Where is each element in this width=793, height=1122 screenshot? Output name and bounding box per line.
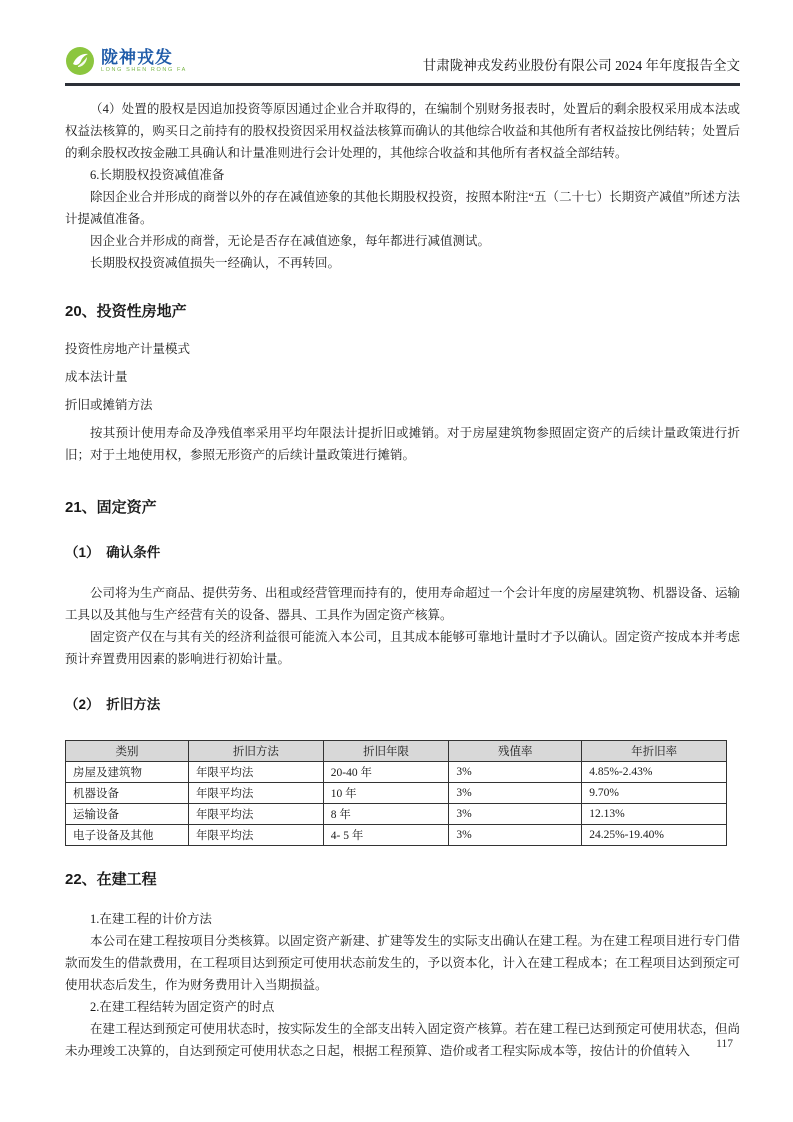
document-body: （4）处置的股权是因追加投资等原因通过企业合并取得的，在编制个别财务报表时，处置… [65,98,740,1062]
section-21-paragraph-2: 固定资产仅在与其有关的经济利益很可能流入本公司，且其成本能够可靠地计量时才予以确… [65,626,740,670]
table-cell: 4.85%-2.43% [582,762,727,783]
table-row: 运输设备 年限平均法 8 年 3% 12.13% [66,804,727,825]
table-cell: 3% [449,783,582,804]
table-header-row: 类别 折旧方法 折旧年限 残值率 年折旧率 [66,741,727,762]
section-22-item1-title: 1.在建工程的计价方法 [65,908,740,930]
section-20-heading: 20、投资性房地产 [65,302,740,322]
section-21-paragraph-1: 公司将为生产商品、提供劳务、出租或经营管理而持有的，使用寿命超过一个会计年度的房… [65,582,740,626]
section-21-sub2-heading: （2） 折旧方法 [65,696,740,714]
section-21-heading: 21、固定资产 [65,498,740,518]
table-cell: 9.70% [582,783,727,804]
table-header-cell: 折旧年限 [323,741,449,762]
table-cell: 3% [449,825,582,846]
section-20-line-3: 折旧或摊销方法 [65,394,740,416]
table-header-cell: 类别 [66,741,189,762]
table-header-cell: 残值率 [449,741,582,762]
logo-bird-icon [65,46,95,76]
section-21-sub1-heading: （1） 确认条件 [65,544,740,562]
table-cell: 8 年 [323,804,449,825]
table-cell: 机器设备 [66,783,189,804]
paragraph-impairment-1: 除因企业合并形成的商誉以外的存在减值迹象的其他长期股权投资，按照本附注“五（二十… [65,186,740,230]
table-row: 房屋及建筑物 年限平均法 20-40 年 3% 4.85%-2.43% [66,762,727,783]
table-cell: 年限平均法 [188,783,323,804]
logo-text: 陇神戎发 LONG SHEN RONG FA [101,49,187,74]
table-row: 机器设备 年限平均法 10 年 3% 9.70% [66,783,727,804]
logo-brand-en: LONG SHEN RONG FA [101,68,187,74]
report-title: 甘肃陇神戎发药业股份有限公司 2024 年年度报告全文 [423,54,740,76]
table-cell: 24.25%-19.40% [582,825,727,846]
section-22-heading: 22、在建工程 [65,870,740,890]
logo-brand-cn: 陇神戎发 [101,49,187,66]
page-header: 陇神戎发 LONG SHEN RONG FA 甘肃陇神戎发药业股份有限公司 20… [65,46,740,76]
table-cell: 3% [449,762,582,783]
table-cell: 房屋及建筑物 [66,762,189,783]
paragraph-impairment-2: 因企业合并形成的商誉，无论是否存在减值迹象，每年都进行减值测试。 [65,230,740,252]
section-22-paragraph-1: 本公司在建工程按项目分类核算。以固定资产新建、扩建等发生的实际支出确认在建工程。… [65,930,740,996]
table-header-cell: 折旧方法 [188,741,323,762]
table-cell: 12.13% [582,804,727,825]
section-20-line-1: 投资性房地产计量模式 [65,338,740,360]
header-divider [65,83,740,86]
table-cell: 3% [449,804,582,825]
table-cell: 电子设备及其他 [66,825,189,846]
depreciation-table: 类别 折旧方法 折旧年限 残值率 年折旧率 房屋及建筑物 年限平均法 20-40… [65,740,727,846]
table-cell: 4- 5 年 [323,825,449,846]
paragraph-disposal: （4）处置的股权是因追加投资等原因通过企业合并取得的，在编制个别财务报表时，处置… [65,98,740,164]
section-20-paragraph: 按其预计使用寿命及净残值率采用平均年限法计提折旧或摊销。对于房屋建筑物参照固定资… [65,422,740,466]
section-20-line-2: 成本法计量 [65,366,740,388]
table-header-cell: 年折旧率 [582,741,727,762]
company-logo: 陇神戎发 LONG SHEN RONG FA [65,46,187,76]
paragraph-impairment-3: 长期股权投资减值损失一经确认，不再转回。 [65,252,740,274]
table-cell: 年限平均法 [188,762,323,783]
table-cell: 年限平均法 [188,804,323,825]
report-page: 陇神戎发 LONG SHEN RONG FA 甘肃陇神戎发药业股份有限公司 20… [0,0,793,1122]
item6-title: 6.长期股权投资减值准备 [65,164,740,186]
table-cell: 20-40 年 [323,762,449,783]
table-row: 电子设备及其他 年限平均法 4- 5 年 3% 24.25%-19.40% [66,825,727,846]
section-22-item2-title: 2.在建工程结转为固定资产的时点 [65,996,740,1018]
table-cell: 年限平均法 [188,825,323,846]
page-number: 117 [716,1038,733,1050]
section-22-paragraph-2: 在建工程达到预定可使用状态时，按实际发生的全部支出转入固定资产核算。若在建工程已… [65,1018,740,1062]
table-cell: 运输设备 [66,804,189,825]
table-cell: 10 年 [323,783,449,804]
